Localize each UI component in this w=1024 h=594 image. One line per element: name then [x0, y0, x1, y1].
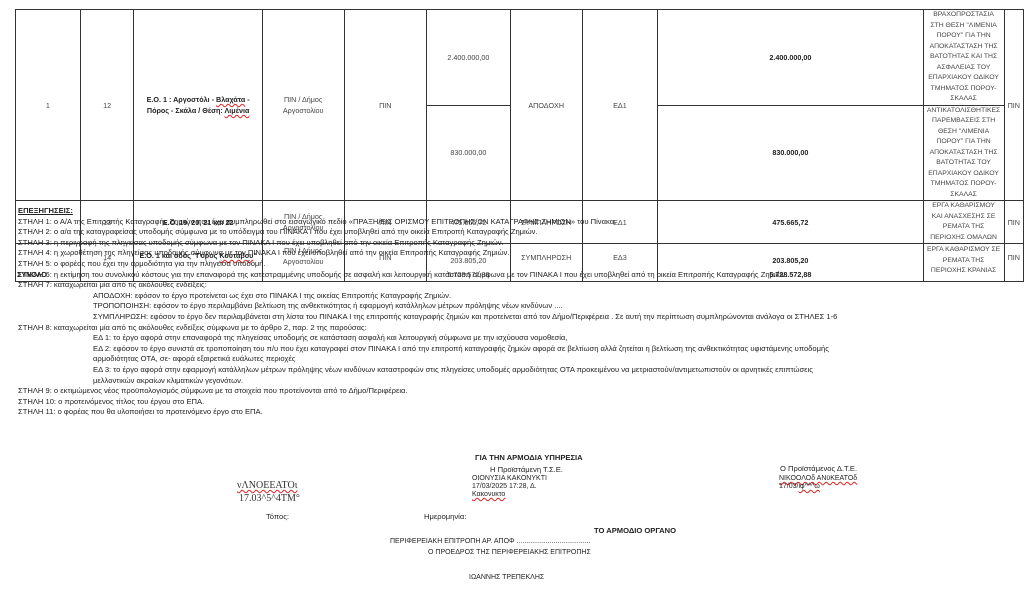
explanation-line: ΣΤΗΛΗ 9: ο εκτιμώμενος νέος προϋπολογισμ…	[18, 386, 837, 397]
cell-project: ΑΝΤΙΚΑΤΟΛΙΣΘΗΤΙΚΕΣ ΠΑΡΕΜΒΑΣΕΙΣ ΣΤΗ ΘΕΣΗ …	[923, 105, 1004, 201]
explanation-line: ΣΤΗΛΗ 11: ο φορέας που θα υλοποιήσει το …	[18, 407, 837, 418]
explanation-line: ΤΡΟΠΟΠΟΙΗΣΗ: εφόσον το έργο περιλαμβάνει…	[18, 301, 837, 312]
cell-budget: 2.400.000,00	[658, 10, 923, 106]
explanation-line: ΣΤΗΛΗ 3: η περιγραφή της πληγείσας υποδο…	[18, 238, 837, 249]
explanation-line: ΣΤΗΛΗ 5: ο φορέας που έχει την αρμοδιότη…	[18, 259, 837, 270]
tse-signature: ΟΙΟΝΥΣΙΑ ΚΑΚΟΝΥΚΤΙ 17/03/2025 17:28, Δ. …	[472, 475, 547, 499]
explanations: ΕΠΕΞΗΓΗΣΕΙΣ: ΣΤΗΛΗ 1: ο Α/Α της Επιτροπή…	[18, 206, 837, 418]
explanation-line: ΣΤΗΛΗ 1: ο Α/Α της Επιτροπής Καταγραφής …	[18, 217, 837, 228]
president-title: Ο ΠΡΟΕΔΡΟΣ ΤΗΣ ΠΕΡΙΦΕΡΕΙΑΚΗΣ ΕΠΙΤΡΟΠΗΣ	[428, 549, 591, 556]
dte-signature: ΝΙΚΟΟΛΟδ ΑΝϋΚΕΑΤΟδ 17/03/ιφ^^^ω	[779, 475, 857, 491]
date-label: Ημερομηνία:	[424, 512, 466, 521]
explanation-line: ΣΤΗΛΗ 7: καταχωρείται μία από τις ακόλου…	[18, 280, 837, 291]
cell-cost: 2.400.000,00	[427, 10, 511, 106]
authority-heading: ΓΙΑ ΤΗΝ ΑΡΜΟΔΙΑ ΥΠΗΡΕΣΙΑ	[475, 453, 583, 462]
explanation-line: ΕΔ 2: εφόσον το έργο συνιστά σε τροποποί…	[18, 344, 837, 355]
dte-title: Ο Προϊστάμενος Δ.Τ.Ε.	[780, 464, 857, 473]
cell-project: ΕΡΓΑ ΚΑΘΑΡΙΣΜΟΥ ΚΑΙ ΑΝΑΣΧΕΣΗΣ ΣΕ ΡΕΜΑΤΑ …	[923, 201, 1004, 244]
explanation-line: ΣΤΗΛΗ 10: ο προτεινόμενος τίτλος του έργ…	[18, 397, 837, 408]
organ-heading: ΤΟ ΑΡΜΟΔΙΟ ΟΡΓΑΝΟ	[594, 526, 676, 535]
committee-line: ΠΕΡΙΦΕΡΕΙΑΚΗ ΕΠΙΤΡΟΠΗ ΑΡ. ΑΠΟΦ .........…	[390, 538, 591, 545]
explanation-line: ΣΥΜΠΛΗΡΩΣΗ: εφόσον το έργο δεν περιλαμβά…	[18, 312, 837, 323]
stamp-date: 17.03^5^4ΤΜ°	[239, 493, 300, 504]
cell-implementer: ΠΙΝ	[1004, 244, 1023, 282]
cell-authority: ΠΙΝ	[344, 10, 427, 201]
explanation-line: ΕΔ 1: το έργο αφορά στην επαναφορά της π…	[18, 333, 837, 344]
tse-title: Η Προϊστάμενη Τ.Σ.Ε.	[490, 465, 563, 474]
explanation-line: ΣΤΗΛΗ 6: η εκτίμηση του συνολικού κόστου…	[18, 270, 837, 281]
cell-aa: 1	[16, 10, 81, 201]
explanations-heading: ΕΠΕΞΗΓΗΣΕΙΣ:	[18, 206, 837, 217]
cell-cost: 830.000,00	[427, 105, 511, 201]
stamp-name: νΛΝΟΕΕΑΤΟι	[237, 480, 297, 491]
explanation-line: αρμοδιότητας ΟΤΑ, σε- αφορά εξαιρετικά ε…	[18, 354, 837, 365]
place-label: Τόπος:	[266, 512, 289, 521]
explanation-line: ΑΠΟΔΟΧΗ: εφόσον το έργο προτείνεται ως έ…	[18, 291, 837, 302]
explanation-line: ΣΤΗΛΗ 2: ο α/α της καταγραφείσας υποδομή…	[18, 227, 837, 238]
cell-project: ΕΡΓΑ ΚΑΘΑΡΙΣΜΟΥ ΣΕ ΡΕΜΑΤΑ ΤΗΣ ΠΕΡΙΟΧΗΣ Κ…	[923, 244, 1004, 282]
cell-status: ΑΠΟΔΟΧΗ	[510, 10, 582, 201]
cell-budget: 830.000,00	[658, 105, 923, 201]
cell-ed: ΕΔ1	[582, 10, 658, 201]
table-row: 1 12 Ε.Ο. 1 : Αργοστόλι - Βλαχάτα - Πόρο…	[16, 10, 1024, 106]
cell-project: ΒΡΑΧΟΠΡΟΣΤΑΣΙΑ ΣΤΗ ΘΕΣΗ "ΛΙΜΕΝΙΑ ΠΟΡΟΥ" …	[923, 10, 1004, 106]
explanation-line: μελλοντικών ακραίων κλιματικών γεγονότων…	[18, 376, 837, 387]
cell-title: Ε.Ο. 1 : Αργοστόλι - Βλαχάτα - Πόρος - Σ…	[134, 10, 262, 201]
cell-implementer: ΠΙΝ	[1004, 201, 1023, 244]
cell-implementer: ΠΙΝ	[1004, 10, 1023, 201]
explanation-lines: ΣΤΗΛΗ 1: ο Α/Α της Επιτροπής Καταγραφής …	[18, 217, 837, 418]
cell-num: 12	[80, 10, 134, 201]
president-name: ΙΩΑΝΝΗΣ ΤΡΕΠΕΚΛΗΣ	[469, 574, 544, 581]
explanation-line: ΕΔ 3: το έργο αφορά στην εφαρμογή κατάλλ…	[18, 365, 837, 376]
cell-carrier: ΠΙΝ / Δήμος Αργοστολίου	[262, 10, 344, 201]
explanation-line: ΣΤΗΛΗ 8: καταχωρείται μία από τις ακόλου…	[18, 323, 837, 334]
explanation-line: ΣΤΗΛΗ 4: η χωροθέτηση της πληγείσας υποδ…	[18, 248, 837, 259]
